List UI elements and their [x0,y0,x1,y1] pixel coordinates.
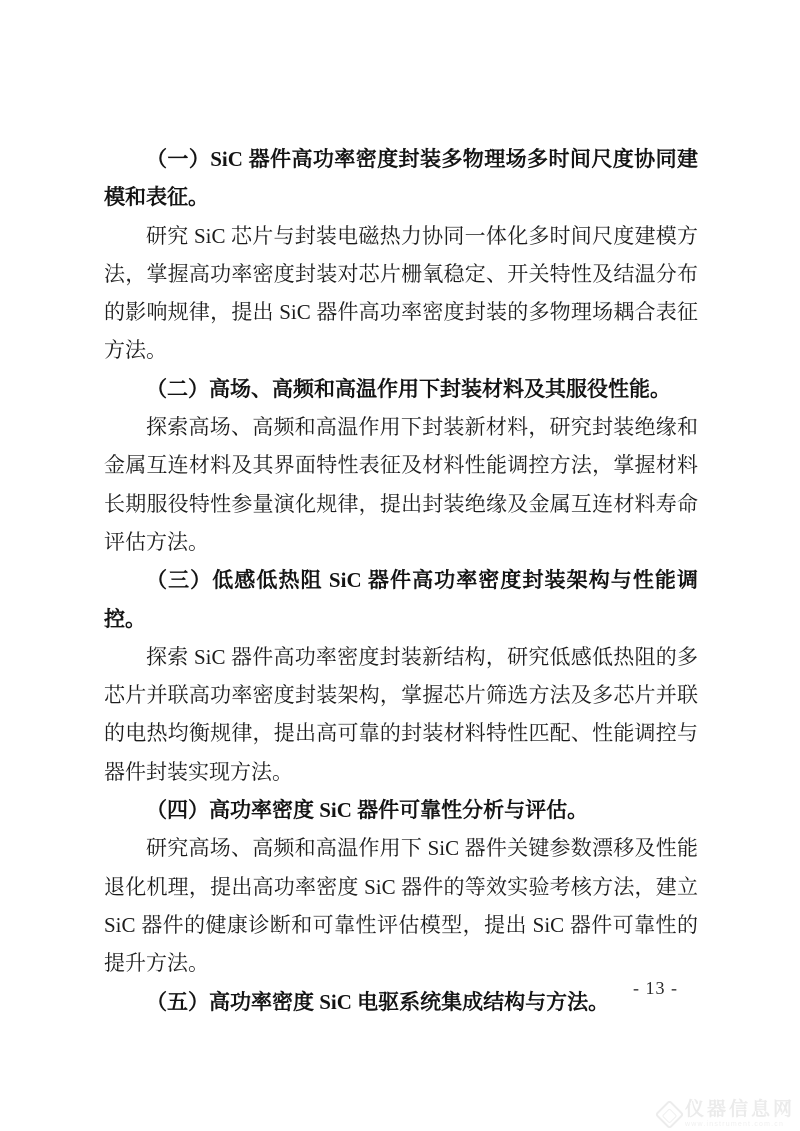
section-1-body: 研究 SiC 芯片与封装电磁热力协同一体化多时间尺度建模方法，掌握高功率密度封装… [104,217,698,370]
section-3-heading: （三）低感低热阻 SiC 器件高功率密度封装架构与性能调控。 [104,561,698,638]
section-3-body: 探索 SiC 器件高功率密度封装新结构，研究低感低热阻的多芯片并联高功率密度封装… [104,638,698,791]
section-4-heading: （四）高功率密度 SiC 器件可靠性分析与评估。 [104,791,698,829]
section-5: （五）高功率密度 SiC 电驱系统集成结构与方法。 [104,983,698,1021]
section-1: （一）SiC 器件高功率密度封装多物理场多时间尺度协同建模和表征。 研究 SiC… [104,140,698,370]
document-body: （一）SiC 器件高功率密度封装多物理场多时间尺度协同建模和表征。 研究 SiC… [104,140,698,1021]
section-2-body: 探索高场、高频和高温作用下封装新材料，研究封装绝缘和金属互连材料及其界面特性表征… [104,408,698,561]
section-2-heading: （二）高场、高频和高温作用下封装材料及其服役性能。 [104,370,698,408]
section-4-body: 研究高场、高频和高温作用下 SiC 器件关键参数漂移及性能退化机理，提出高功率密… [104,829,698,982]
watermark-text-block: 仪器信息网 www.instrument.com.cn [685,1100,795,1128]
page-number: - 13 - [633,978,678,999]
watermark: 仪器信息网 www.instrument.com.cn [659,1100,795,1128]
watermark-subtext: www.instrument.com.cn [685,1121,795,1128]
watermark-logo-icon [655,1099,685,1129]
section-2: （二）高场、高频和高温作用下封装材料及其服役性能。 探索高场、高频和高温作用下封… [104,370,698,561]
section-4: （四）高功率密度 SiC 器件可靠性分析与评估。 研究高场、高频和高温作用下 S… [104,791,698,982]
watermark-text: 仪器信息网 [685,1100,795,1119]
section-1-heading: （一）SiC 器件高功率密度封装多物理场多时间尺度协同建模和表征。 [104,140,698,217]
section-5-heading: （五）高功率密度 SiC 电驱系统集成结构与方法。 [104,983,698,1021]
document-page: （一）SiC 器件高功率密度封装多物理场多时间尺度协同建模和表征。 研究 SiC… [0,0,800,1131]
section-3: （三）低感低热阻 SiC 器件高功率密度封装架构与性能调控。 探索 SiC 器件… [104,561,698,791]
